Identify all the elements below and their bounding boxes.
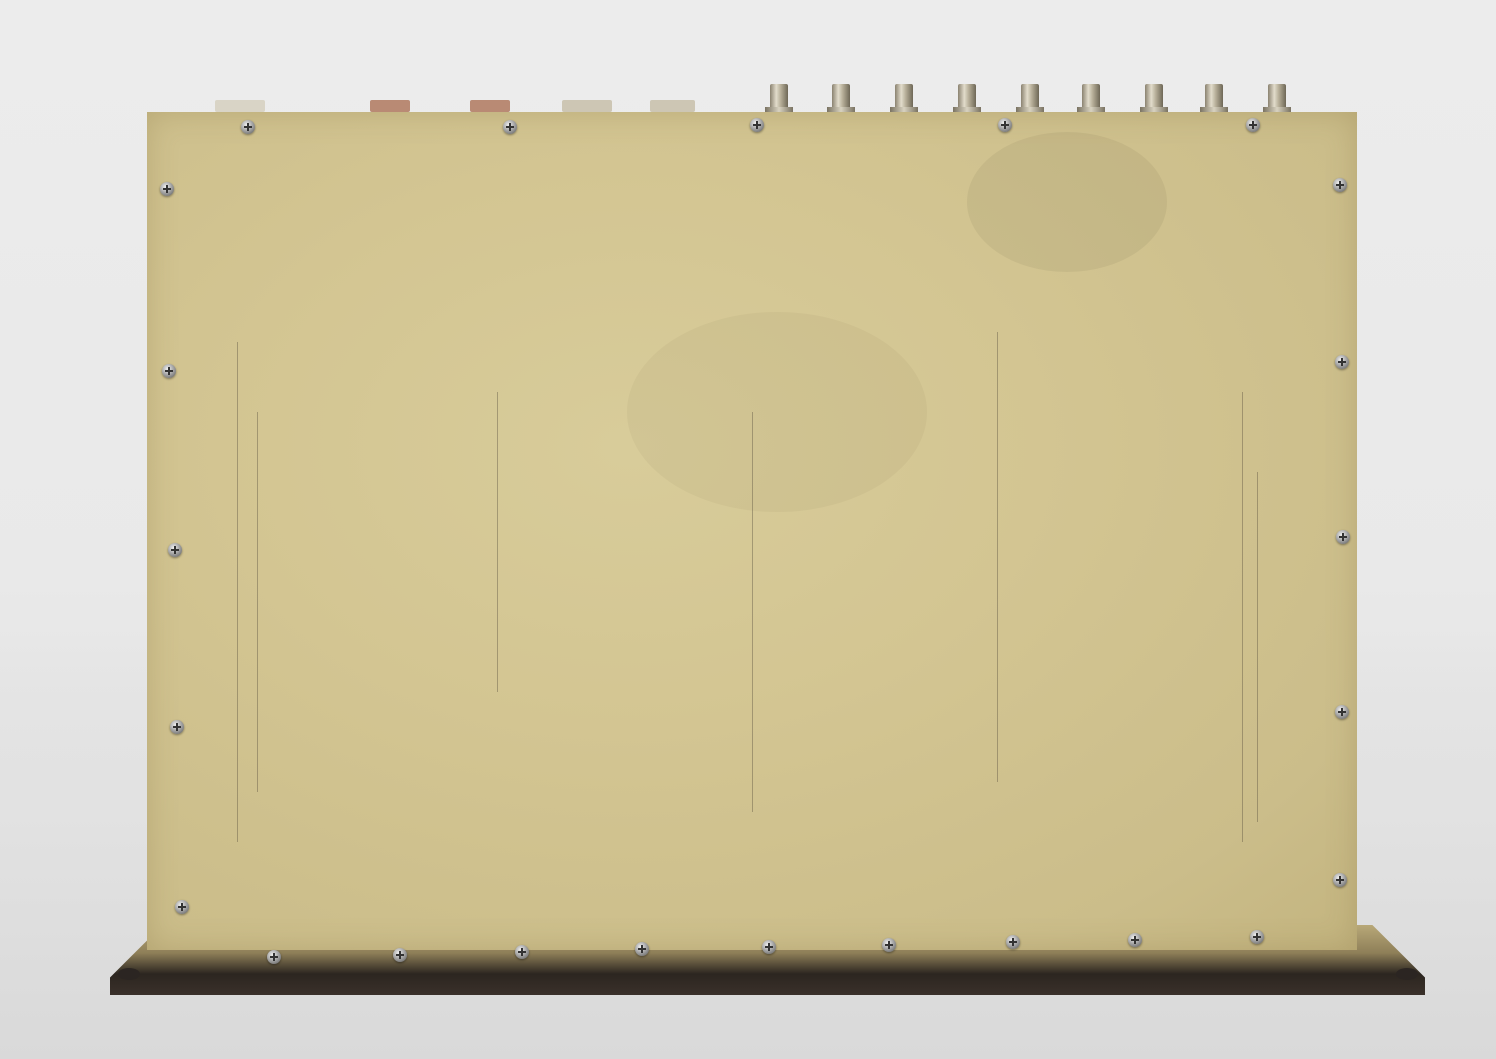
dsub-connector [470,100,510,112]
rf-connector [1205,84,1223,112]
screw [762,940,776,954]
screw [1336,530,1350,544]
smudge-mark [967,132,1167,272]
scratch-mark [237,342,238,842]
screw [1250,930,1264,944]
mounting-hole-right [1396,968,1418,980]
screw [882,938,896,952]
rf-connector [895,84,913,112]
rf-connector [1082,84,1100,112]
screw [393,948,407,962]
dsub-connector [650,100,695,112]
screw [515,945,529,959]
screw [503,120,517,134]
scratch-mark [497,392,498,692]
screw [750,118,764,132]
dsub-connector [562,100,612,112]
screw [1335,705,1349,719]
screw [1246,118,1260,132]
screw [998,118,1012,132]
scratch-mark [997,332,998,782]
dsub-connector [370,100,410,112]
rf-connector [1145,84,1163,112]
screw [1333,178,1347,192]
screw [160,182,174,196]
scratch-mark [1242,392,1243,842]
scratch-mark [257,412,258,792]
rf-connector [1268,84,1286,112]
rf-connector [958,84,976,112]
rf-connector [1021,84,1039,112]
screw [175,900,189,914]
rf-connector [770,84,788,112]
mounting-hole-left [118,968,140,980]
screw [170,720,184,734]
port-connector [215,100,265,112]
screw [1335,355,1349,369]
screw [1006,935,1020,949]
enclosure-panel [147,112,1357,950]
screw [1333,873,1347,887]
smudge-mark [627,312,927,512]
scratch-mark [752,412,753,812]
screw [241,120,255,134]
screw [168,543,182,557]
scratch-mark [1257,472,1258,822]
screw [635,942,649,956]
rf-connector [832,84,850,112]
screw [1128,933,1142,947]
screw [267,950,281,964]
screw [162,364,176,378]
